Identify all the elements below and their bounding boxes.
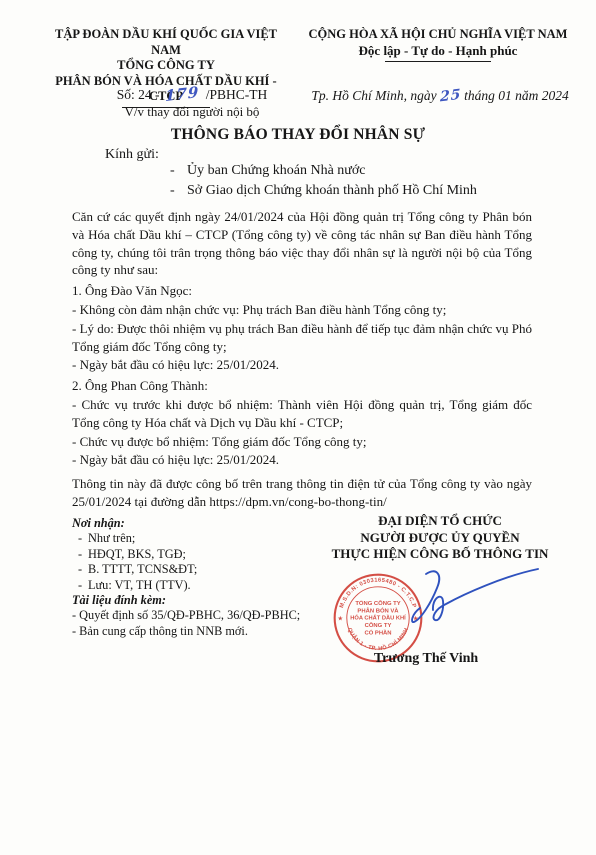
letter-body: Căn cứ các quyết định ngày 24/01/2024 củ… [72,208,532,511]
signer-name: Trương Thế Vinh [336,651,516,667]
subject-line: V/v thay đổi người nội bộ [64,103,320,120]
dash-bullet: - [72,562,88,577]
document-title: THÔNG BÁO THAY ĐỔI NHÂN SỰ [0,126,596,144]
copies-item: -Lưu: VT, TH (TTV). [72,578,302,593]
signature-title-line: THỰC HIỆN CÔNG BỐ THÔNG TIN [298,546,582,563]
copies-heading: Nơi nhận: [72,516,302,531]
date-prefix: Tp. Hồ Chí Minh, ngày [311,88,436,103]
person2-line: - Ngày bắt đầu có hiệu lực: 25/01/2024. [72,451,532,469]
national-motto: Độc lập - Tự do - Hạnh phúc [306,42,570,59]
signature-title-line: NGƯỜI ĐƯỢC ỦY QUYỀN [298,530,582,547]
stamp-star-left-icon: ★ [337,615,343,623]
attachments-heading: Tài liệu đính kèm: [72,593,302,608]
copies-item: -Như trên; [72,531,302,546]
place-date-line: Tp. Hồ Chí Minh, ngày25tháng 01 năm 2024 [306,88,574,104]
dash-bullet: - [72,578,88,593]
recipient-item: - Sở Giao dịch Chứng khoán thành phố Hồ … [170,181,477,201]
signature-title-block: ĐẠI DIỆN TỔ CHỨC NGƯỜI ĐƯỢC ỦY QUYỀN THỰ… [298,513,582,563]
org-name-line1: TỔNG CÔNG TY [42,58,290,74]
national-header: CỘNG HÒA XÃ HỘI CHỦ NGHĨA VIỆT NAM Độc l… [306,27,570,62]
reference-number-line: Số: 24 -179/PBHC-TH [64,86,320,103]
national-title: CỘNG HÒA XÃ HỘI CHỦ NGHĨA VIỆT NAM [306,27,570,42]
recipient-list: - Ủy ban Chứng khoán Nhà nước - Sở Giao … [170,161,477,200]
person1-line: - Không còn đảm nhận chức vụ: Phụ trách … [72,301,532,319]
person2-line: - Chức vụ được bổ nhiệm: Tổng giám đốc T… [72,433,532,451]
recipient-item: - Ủy ban Chứng khoán Nhà nước [170,161,477,181]
dash-bullet: - [170,181,187,201]
reference-block: Số: 24 -179/PBHC-TH V/v thay đổi người n… [64,86,320,120]
dash-bullet: - [72,547,88,562]
dash-bullet: - [170,161,187,181]
signature-title-line: ĐẠI DIỆN TỔ CHỨC [298,513,582,530]
stamp-center-line: CÔNG TY [365,621,392,629]
dash-bullet: - [72,531,88,546]
ref-suffix: /PBHC-TH [206,87,268,102]
stamp-center-line: HÓA CHẤT DẦU KHÍ [350,614,406,622]
recipient-name: Sở Giao dịch Chứng khoán thành phố Hồ Ch… [187,181,477,201]
handwritten-day: 25 [440,87,462,106]
person1-line: - Lý do: Được thôi nhiệm vụ phụ trách Ba… [72,320,532,356]
person1-line: - Ngày bắt đầu có hiệu lực: 25/01/2024. [72,356,532,374]
intro-paragraph: Căn cứ các quyết định ngày 24/01/2024 củ… [72,208,532,279]
org-parent-name: TẬP ĐOÀN DẦU KHÍ QUỐC GIA VIỆT NAM [42,27,290,58]
stamp-center-line: CỔ PHẦN [364,629,391,636]
salutation: Kính gửi: [105,147,159,163]
person1-heading: 1. Ông Đào Văn Ngọc: [72,282,532,300]
person2-line: - Chức vụ trước khi được bổ nhiệm: Thành… [72,396,532,432]
attachment-item: - Quyết định số 35/QĐ-PBHC, 36/QĐ-PBHC; [72,608,302,623]
ref-prefix: Số: 24 - [117,87,160,102]
date-suffix: tháng 01 năm 2024 [464,88,569,103]
stamp-center-line: TỔNG CÔNG TY [355,599,400,607]
attachment-item: - Bản cung cấp thông tin NNB mới. [72,624,302,639]
recipient-name: Ủy ban Chứng khoán Nhà nước [187,161,366,181]
scanned-letter-page: TẬP ĐOÀN DẦU KHÍ QUỐC GIA VIỆT NAM TỔNG … [0,0,596,855]
handwritten-ref-number: 179 [165,84,199,105]
copies-item: -HĐQT, BKS, TGĐ; [72,547,302,562]
stamp-center-line: PHÂN BÓN VÀ [357,606,399,614]
closing-paragraph: Thông tin này đã được công bố trên trang… [72,475,532,511]
copies-item: -B. TTTT, TCNS&ĐT; [72,562,302,577]
person2-heading: 2. Ông Phan Công Thành: [72,377,532,395]
copies-block: Nơi nhận: -Như trên; -HĐQT, BKS, TGĐ; -B… [72,516,302,639]
motto-underline-divider [385,61,491,62]
handwritten-signature [402,564,542,636]
